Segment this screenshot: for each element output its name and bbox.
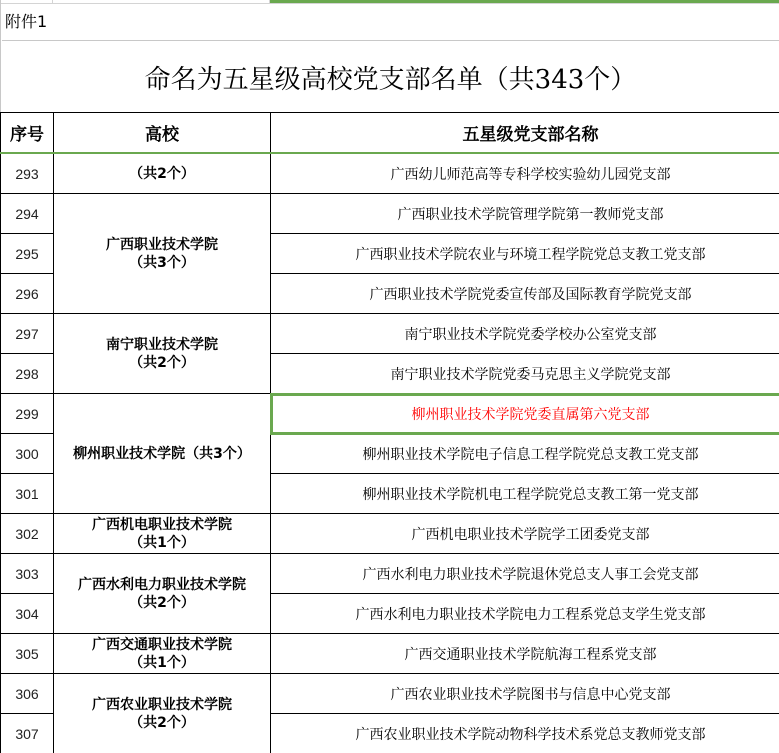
branch-table: 序号 高校 五星级党支部名称 293 （共2个） 广西幼儿师范高等专科学校实验幼… [0, 112, 779, 753]
table-row: 303 广西水利电力职业技术学院 （共2个） 广西水利电力职业技术学院退休党总支… [1, 554, 779, 594]
row-number[interactable]: 307 [1, 714, 54, 753]
branch-name-cell[interactable]: 南宁职业技术学院党委学校办公室党支部 [271, 314, 779, 354]
school-count: （共2个） [54, 714, 270, 732]
header-school[interactable]: 高校 [54, 113, 271, 154]
branch-name-cell[interactable]: 广西水利电力职业技术学院退休党总支人事工会党支部 [271, 554, 779, 594]
branch-name-cell[interactable]: 广西职业技术学院党委宣传部及国际教育学院党支部 [271, 274, 779, 314]
school-name: 广西水利电力职业技术学院 [78, 577, 246, 593]
school-count: （共1个） [54, 654, 270, 672]
row-number[interactable]: 295 [1, 234, 54, 274]
table-header-row: 序号 高校 五星级党支部名称 [1, 113, 779, 154]
attachment-label[interactable]: 附件1 [2, 3, 779, 41]
school-cell[interactable]: （共2个） [54, 153, 271, 194]
school-count: （共3个） [54, 254, 270, 272]
row-number[interactable]: 300 [1, 434, 54, 474]
branch-name-cell-selected[interactable]: 柳州职业技术学院党委直属第六党支部 [271, 394, 779, 434]
row-number[interactable]: 298 [1, 354, 54, 394]
table-row: 299 柳州职业技术学院（共3个） 柳州职业技术学院党委直属第六党支部 [1, 394, 779, 434]
school-count: （共1个） [54, 534, 270, 552]
school-cell[interactable]: 广西机电职业技术学院 （共1个） [54, 514, 271, 554]
school-cell[interactable]: 广西交通职业技术学院 （共1个） [54, 634, 271, 674]
branch-name-cell[interactable]: 柳州职业技术学院机电工程学院党总支教工第一党支部 [271, 474, 779, 514]
row-number[interactable]: 306 [1, 674, 54, 714]
branch-name-cell[interactable]: 广西交通职业技术学院航海工程系党支部 [271, 634, 779, 674]
row-number[interactable]: 305 [1, 634, 54, 674]
school-name: 柳州职业技术学院（共3个） [73, 446, 251, 462]
table-row: 293 （共2个） 广西幼儿师范高等专科学校实验幼儿园党支部 [1, 153, 779, 194]
row-number[interactable]: 297 [1, 314, 54, 354]
school-name: 广西机电职业技术学院 [92, 517, 232, 533]
table-row: 302 广西机电职业技术学院 （共1个） 广西机电职业技术学院学工团委党支部 [1, 514, 779, 554]
school-cell[interactable]: 广西职业技术学院 （共3个） [54, 194, 271, 314]
branch-name-cell[interactable]: 广西职业技术学院管理学院第一教师党支部 [271, 194, 779, 234]
school-name: 南宁职业技术学院 [106, 337, 218, 353]
header-index[interactable]: 序号 [1, 113, 54, 154]
school-name: 广西职业技术学院 [106, 237, 218, 253]
table-row: 297 南宁职业技术学院 （共2个） 南宁职业技术学院党委学校办公室党支部 [1, 314, 779, 354]
row-number[interactable]: 303 [1, 554, 54, 594]
branch-name-cell[interactable]: 广西农业职业技术学院动物科学技术系党总支教师党支部 [271, 714, 779, 753]
row-number[interactable]: 299 [1, 394, 54, 434]
school-count: （共2个） [129, 166, 195, 182]
branch-name-cell[interactable]: 南宁职业技术学院党委马克思主义学院党支部 [271, 354, 779, 394]
document-title[interactable]: 命名为五星级高校党支部名单（共343个） [2, 42, 779, 112]
row-number[interactable]: 296 [1, 274, 54, 314]
row-number[interactable]: 304 [1, 594, 54, 634]
branch-name-cell[interactable]: 柳州职业技术学院电子信息工程学院党总支教工党支部 [271, 434, 779, 474]
row-number[interactable]: 301 [1, 474, 54, 514]
school-name: 广西农业职业技术学院 [92, 697, 232, 713]
row-number[interactable]: 302 [1, 514, 54, 554]
school-cell[interactable]: 柳州职业技术学院（共3个） [54, 394, 271, 514]
row-number[interactable]: 293 [1, 153, 54, 194]
table-row: 305 广西交通职业技术学院 （共1个） 广西交通职业技术学院航海工程系党支部 [1, 634, 779, 674]
school-cell[interactable]: 广西水利电力职业技术学院 （共2个） [54, 554, 271, 634]
branch-name-cell[interactable]: 广西农业职业技术学院图书与信息中心党支部 [271, 674, 779, 714]
header-branch-name[interactable]: 五星级党支部名称 [271, 113, 779, 154]
table-row: 306 广西农业职业技术学院 （共2个） 广西农业职业技术学院图书与信息中心党支… [1, 674, 779, 714]
school-count: （共2个） [54, 594, 270, 612]
school-cell[interactable]: 南宁职业技术学院 （共2个） [54, 314, 271, 394]
table-row: 294 广西职业技术学院 （共3个） 广西职业技术学院管理学院第一教师党支部 [1, 194, 779, 234]
school-cell[interactable]: 广西农业职业技术学院 （共2个） [54, 674, 271, 753]
school-name: 广西交通职业技术学院 [92, 637, 232, 653]
branch-name-cell[interactable]: 广西机电职业技术学院学工团委党支部 [271, 514, 779, 554]
branch-name-cell[interactable]: 广西水利电力职业技术学院电力工程系党总支学生党支部 [271, 594, 779, 634]
row-number[interactable]: 294 [1, 194, 54, 234]
school-count: （共2个） [54, 354, 270, 372]
branch-name-cell[interactable]: 广西职业技术学院农业与环境工程学院党总支教工党支部 [271, 234, 779, 274]
branch-name-cell[interactable]: 广西幼儿师范高等专科学校实验幼儿园党支部 [271, 153, 779, 194]
